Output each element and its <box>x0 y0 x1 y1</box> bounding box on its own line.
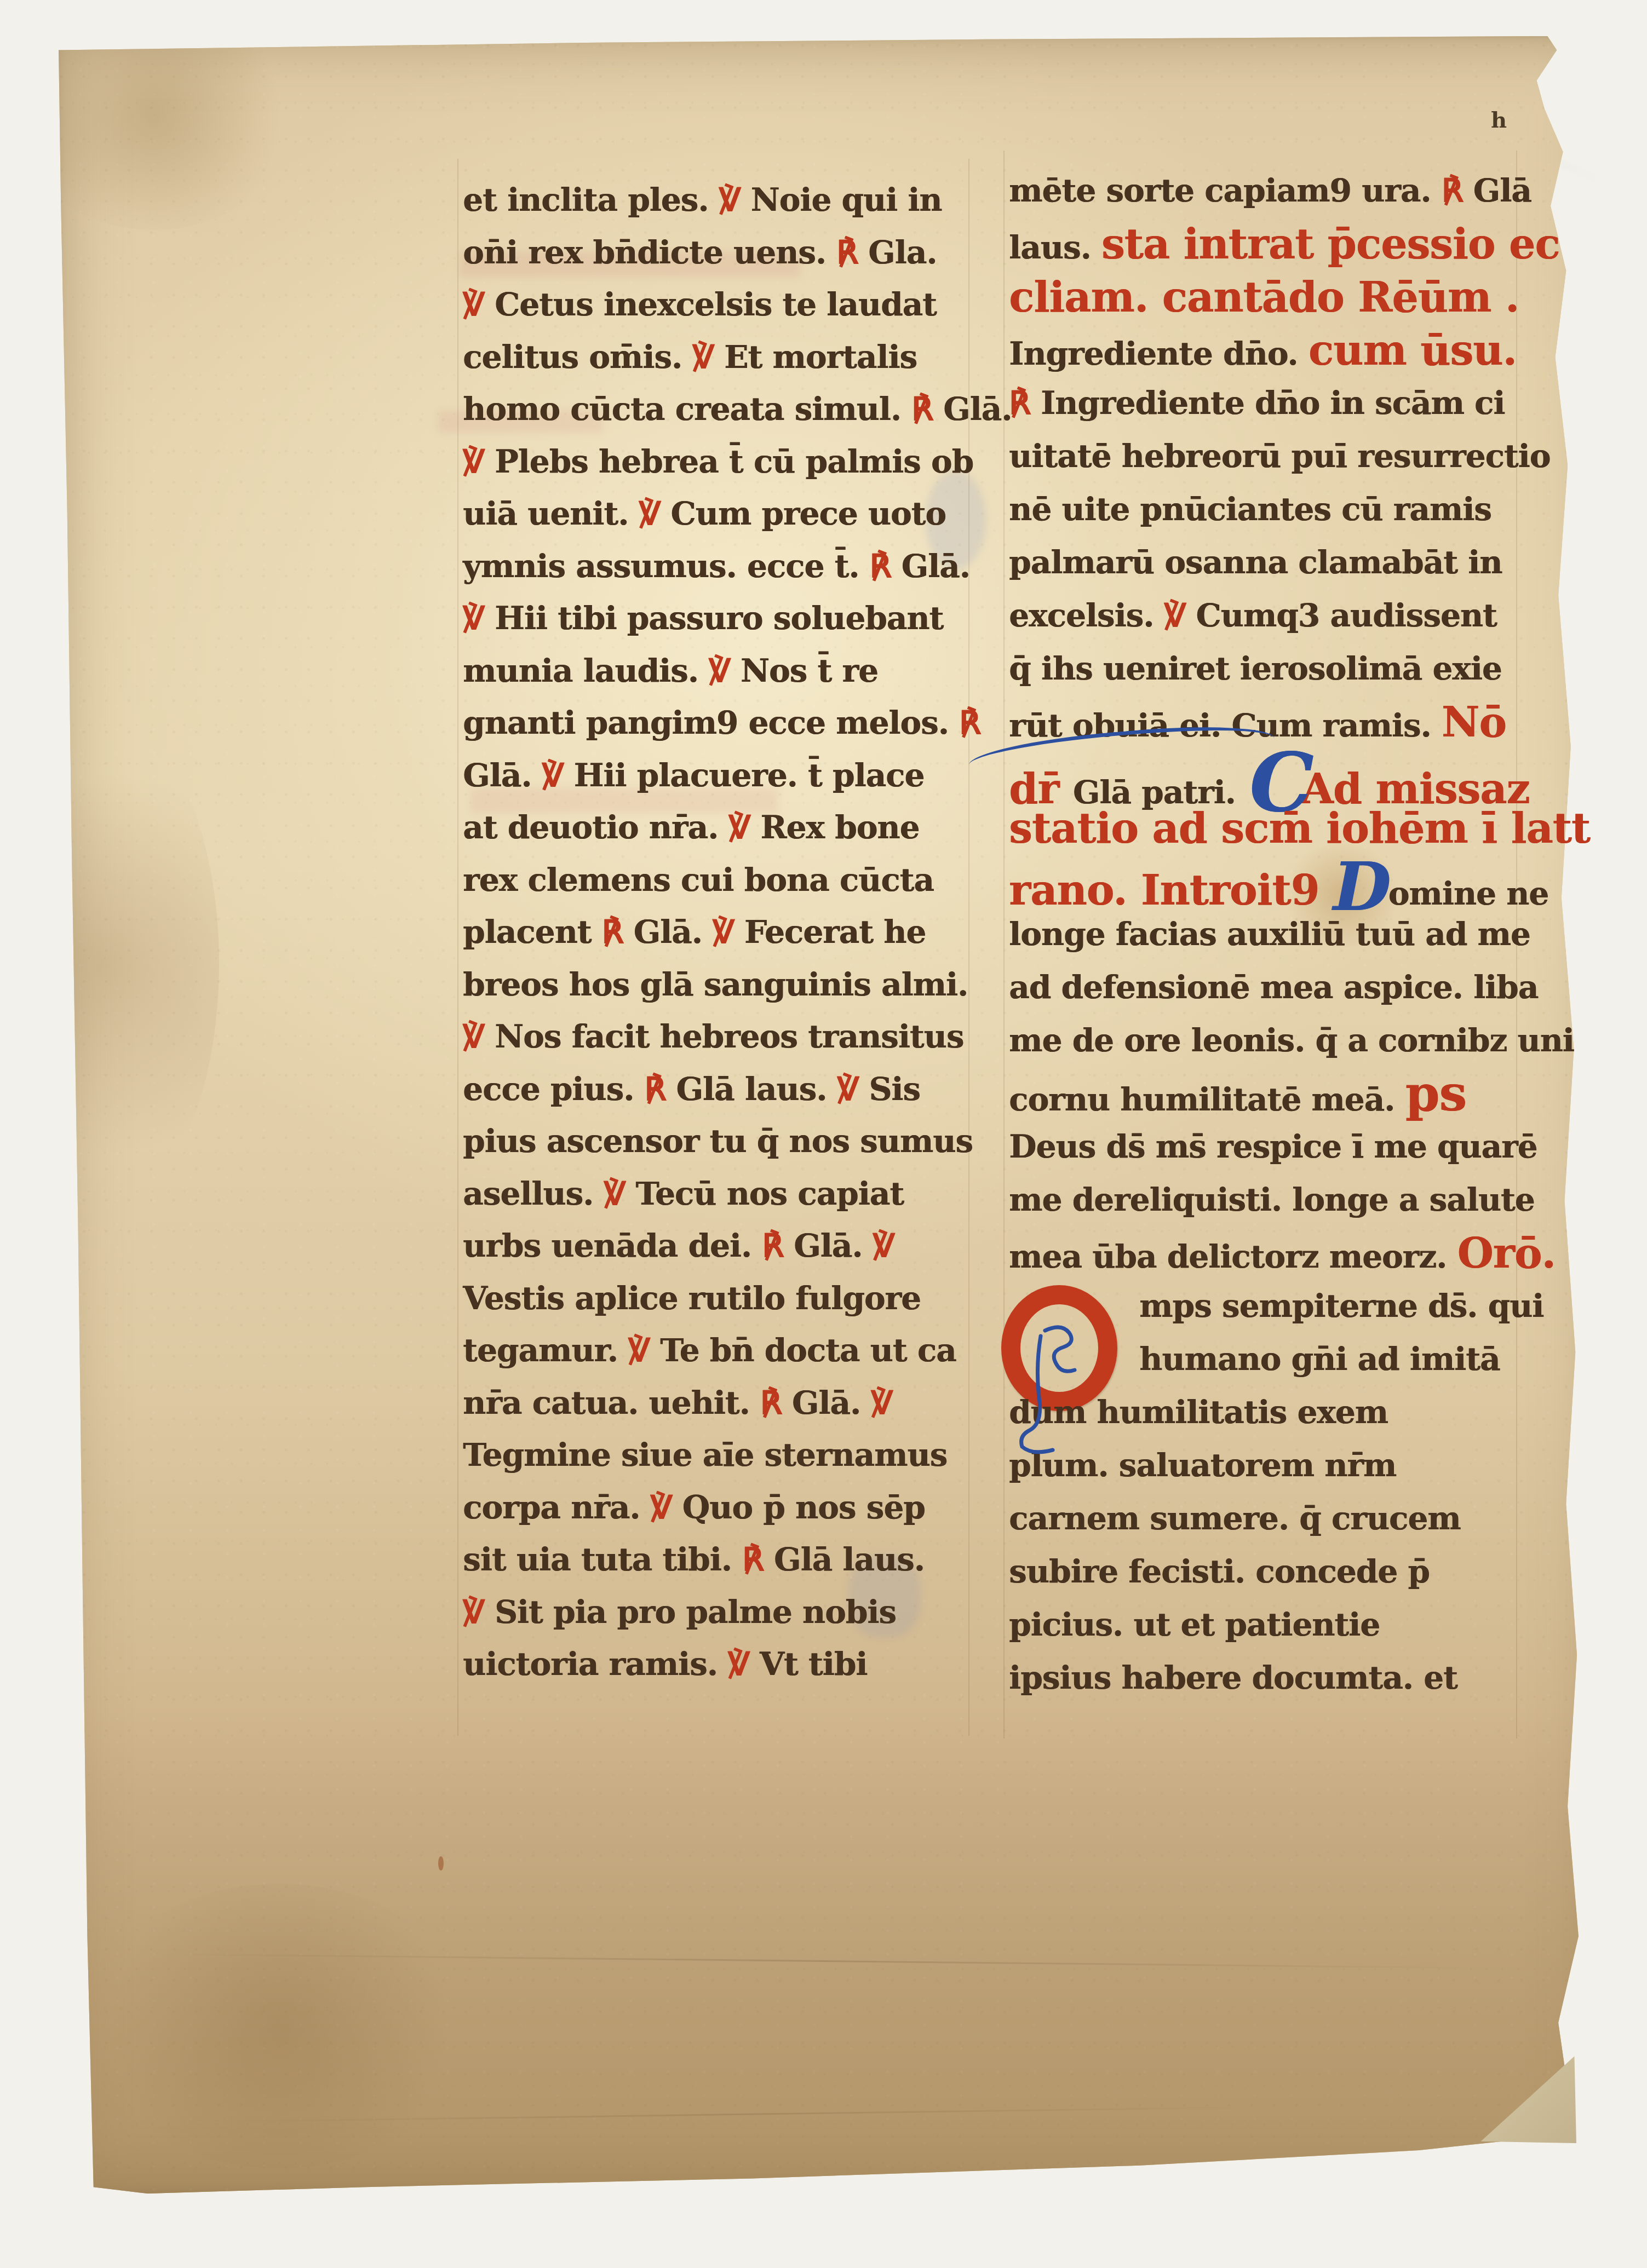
body-text: nē uite pnūciantes cū ramis <box>1009 491 1491 528</box>
body-text: laus. <box>1009 229 1101 266</box>
text-line: q̄ ihs ueniret ierosolimā exie <box>1009 642 1521 695</box>
text-line: cliam. cantādo Rēūm . <box>1009 270 1521 324</box>
body-text: Ingrediente dn̄o. <box>1009 335 1309 372</box>
text-line: on̄i rex bn̄dicte uens. ℟ Gla. <box>463 227 967 279</box>
rubric-text: Orō. <box>1457 1229 1555 1277</box>
stain-bottom-left <box>88 1884 471 2168</box>
body-text: tegamur. <box>463 1332 628 1369</box>
text-line: Deus ds̄ ms̄ respice ī me quarē <box>1009 1120 1521 1173</box>
text-line: at deuotio nr̄a. ℣ Rex bone <box>463 802 967 854</box>
text-line: munia laudis. ℣ Nos t̄ re <box>463 645 967 698</box>
ruling-line <box>1003 151 1005 1739</box>
body-text: me de ore leonis. q̄ a cornibz uni <box>1009 1022 1574 1059</box>
body-text: Tegmine siue aīe sternamus <box>463 1436 947 1473</box>
body-text: placent <box>463 913 602 951</box>
body-text: Nos t̄ re <box>741 652 878 689</box>
rubric-text: ℣ <box>463 443 495 480</box>
body-text: q̄ ihs ueniret ierosolimā exie <box>1009 650 1502 687</box>
rubric-text: ℣ <box>871 1384 892 1421</box>
rubric-text: ℣ <box>873 1227 894 1264</box>
text-line: ad defensionē mea aspice. liba <box>1009 961 1521 1014</box>
body-text: Ingrediente dn̄o in scām ci <box>1041 384 1505 422</box>
body-text: Te bn̄ docta ut ca <box>660 1332 956 1369</box>
body-text: omine ne <box>1388 875 1548 912</box>
rubric-text: ℟ <box>760 1384 792 1421</box>
text-line: nr̄a catua. uehit. ℟ Glā. ℣ <box>463 1377 967 1430</box>
crease-line <box>219 2106 1260 2123</box>
rubric-text: ℟ <box>870 548 902 585</box>
text-line: uiā uenit. ℣ Cum prece uoto <box>463 488 967 540</box>
rubric-text: ℟ <box>836 234 868 271</box>
text-line: longe facias auxiliū tuū ad me <box>1009 908 1521 961</box>
body-text: Deus ds̄ ms̄ respice ī me quarē <box>1009 1128 1537 1165</box>
body-text: picius. ut et patientie <box>1009 1606 1380 1643</box>
rubric-text: ℣ <box>728 809 760 846</box>
rubric-text: sta intrat p̄cessio ec <box>1101 220 1560 268</box>
rubric-text: ℣ <box>628 1332 660 1369</box>
rubric-text: ℣ <box>728 1645 760 1683</box>
text-line: me dereliquisti. longe a salute <box>1009 1173 1521 1227</box>
text-line: ℣ Sit pia pro palme nobis <box>463 1586 967 1639</box>
text-line: celitus om̄is. ℣ Et mortalis <box>463 331 967 384</box>
body-text: Glā laus. <box>676 1070 837 1108</box>
body-text: Et mortalis <box>724 338 917 376</box>
text-line: picius. ut et patientie <box>1009 1598 1521 1651</box>
body-text: at deuotio nr̄a. <box>463 809 728 846</box>
rubric-text: ℣ <box>719 181 751 218</box>
body-text: ad defensionē mea aspice. liba <box>1009 969 1538 1006</box>
rubric-text: rano. Introit9 <box>1009 866 1333 914</box>
body-text: Glā <box>1473 172 1531 209</box>
rubric-text: ℣ <box>542 757 574 794</box>
body-text: Cumq3 audissent <box>1196 597 1496 634</box>
rubric-text: ℟ <box>602 913 634 951</box>
text-line: ℣ Hii tibi passuro soluebant <box>463 592 967 645</box>
text-line: ℟ Ingrediente dn̄o in scām ci <box>1009 377 1521 430</box>
body-text: mēte sorte capiam9 ura. <box>1009 172 1442 209</box>
body-text: Hii tibi passuro soluebant <box>495 600 943 637</box>
rubric-text: ℣ <box>1164 597 1196 634</box>
text-line: ℣ Nos facit hebreos transitus <box>463 1011 967 1063</box>
text-line: ipsius habere documta. et <box>1009 1651 1521 1705</box>
text-line: subire fecisti. concede p̄ <box>1009 1545 1521 1598</box>
body-text: Vestis aplice rutilo fulgore <box>463 1280 921 1317</box>
text-line: breos hos glā sanguinis almi. <box>463 959 967 1011</box>
text-line: Vestis aplice rutilo fulgore <box>463 1273 967 1325</box>
body-text: Sit pia pro palme nobis <box>495 1593 896 1631</box>
text-line: pius ascensor tu q̄ nos sumus <box>463 1115 967 1168</box>
text-line: urbs uenāda dei. ℟ Glā. ℣ <box>463 1220 967 1273</box>
crease-line <box>137 1953 1506 1969</box>
rubric-text: ℟ <box>1442 172 1473 209</box>
right-text-column: mēte sorte capiam9 ura. ℟ Glālaus. sta i… <box>1009 164 1521 1705</box>
body-text: longe facias auxiliū tuū ad me <box>1009 916 1530 953</box>
text-line: palmarū osanna clamabāt in <box>1009 536 1521 589</box>
text-line: humano gn̄i ad imitā <box>1009 1333 1521 1386</box>
body-text: Glā. <box>792 1384 871 1421</box>
scanned-page: { "document": { "kind": "medieval manusc… <box>0 0 1647 2268</box>
body-text: Glā. <box>794 1227 873 1264</box>
stain-top-left <box>11 0 296 230</box>
rubric-text: ℣ <box>463 1593 495 1631</box>
text-line: statio ad scm̄ iohēm ī latt <box>1009 802 1521 855</box>
body-text: Sis <box>869 1070 920 1108</box>
body-text: Glā. <box>901 548 969 585</box>
body-text: Plebs hebrea t̄ cū palmis ob <box>495 443 973 480</box>
body-text: Cetus inexcelsis te laudat <box>495 286 937 323</box>
body-text: Vt tibi <box>760 1645 867 1683</box>
text-line: ℣ Plebs hebrea t̄ cū palmis ob <box>463 436 967 488</box>
body-text: Glā. <box>633 913 713 951</box>
rubric-text: ℣ <box>604 1175 635 1212</box>
body-text: subire fecisti. concede p̄ <box>1009 1553 1430 1590</box>
rubric-text: ℣ <box>463 286 495 323</box>
text-line: ℣ Cetus inexcelsis te laudat <box>463 279 967 331</box>
text-line: rex clemens cui bona cūcta <box>463 854 967 907</box>
body-text: Hii placuere. t̄ place <box>573 757 924 794</box>
body-text: celitus om̄is. <box>463 338 692 376</box>
text-line: mēte sorte capiam9 ura. ℟ Glā <box>1009 164 1521 217</box>
body-text: uitatē hebreorū puī resurrectio <box>1009 438 1550 475</box>
body-text: nr̄a catua. uehit. <box>463 1384 760 1421</box>
body-text: mea ūba delictorz meorz. <box>1009 1238 1457 1275</box>
marginal-note: h <box>1491 107 1507 133</box>
text-line: sit uia tuta tibi. ℟ Glā laus. <box>463 1534 967 1586</box>
rubric-text: Nō <box>1442 698 1506 746</box>
rubric-text: ℣ <box>651 1489 682 1526</box>
text-line: tegamur. ℣ Te bn̄ docta ut ca <box>463 1325 967 1377</box>
text-line: gnanti pangim9 ecce melos. ℟ <box>463 697 967 750</box>
text-line: carnem sumere. q̄ crucem <box>1009 1492 1521 1545</box>
body-text: Glā laus. <box>774 1541 925 1578</box>
text-line: ymnis assumus. ecce t̄. ℟ Glā. <box>463 540 967 593</box>
rubric-text: ℣ <box>463 600 495 637</box>
text-line: homo cūcta creata simul. ℟ Glā. <box>463 383 967 436</box>
rubric-text: ℟ <box>762 1227 794 1264</box>
rubric-text: ℟ <box>644 1070 676 1108</box>
body-text: Rex bone <box>760 809 919 846</box>
text-line: me de ore leonis. q̄ a cornibz uni <box>1009 1014 1521 1067</box>
stain-bottom-band <box>55 1703 1605 2196</box>
body-text: gnanti pangim9 ecce melos. <box>463 704 959 741</box>
text-line: uictoria ramis. ℣ Vt tibi <box>463 1638 967 1691</box>
body-text: sit uia tuta tibi. <box>463 1541 742 1578</box>
body-text: me dereliquisti. longe a salute <box>1009 1181 1535 1218</box>
text-line: excelsis. ℣ Cumq3 audissent <box>1009 589 1521 642</box>
text-line: uitatē hebreorū puī resurrectio <box>1009 430 1521 483</box>
rubric-text: ℟ <box>959 704 980 741</box>
text-line: Ingrediente dn̄o. cum ūsu. <box>1009 324 1521 377</box>
rubric-text: ℣ <box>709 652 741 689</box>
text-line: dum humilitatis exem <box>1009 1386 1521 1439</box>
ruling-line <box>457 159 458 1736</box>
body-text: mps sempiterne ds̄. qui <box>1139 1287 1543 1325</box>
body-text: dum humilitatis exem <box>1009 1394 1388 1431</box>
rubric-text: ℣ <box>692 338 724 376</box>
text-line: et inclita ples. ℣ Noie qui in <box>463 174 967 227</box>
body-text: munia laudis. <box>463 652 709 689</box>
text-line: plum. saluatorem nr̄m <box>1009 1439 1521 1492</box>
rubric-text: ℟ <box>911 390 943 428</box>
body-text: uictoria ramis. <box>463 1645 728 1683</box>
text-line: cornu humilitatē meā. ps <box>1009 1067 1521 1120</box>
text-line: placent ℟ Glā. ℣ Fecerat he <box>463 906 967 959</box>
body-text: Gla. <box>868 234 937 271</box>
body-text: asellus. <box>463 1175 604 1212</box>
rubric-text: statio ad scm̄ iohēm ī latt <box>1009 804 1590 853</box>
body-text: homo cūcta creata simul. <box>463 390 911 428</box>
rubric-text: ℟ <box>742 1541 774 1578</box>
body-text: Fecerat he <box>744 913 926 951</box>
rubric-text: cum ūsu. <box>1309 326 1517 375</box>
body-text: ecce pius. <box>463 1070 644 1108</box>
body-text: Tecū nos capiat <box>635 1175 904 1212</box>
body-text: carnem sumere. q̄ crucem <box>1009 1500 1460 1537</box>
body-text: ipsius habere documta. et <box>1009 1659 1457 1696</box>
rubric-text: ℣ <box>463 1018 495 1055</box>
body-text: uiā uenit. <box>463 495 639 532</box>
body-text: excelsis. <box>1009 597 1164 634</box>
body-text: Glā. <box>463 757 542 794</box>
body-text: breos hos glā sanguinis almi. <box>463 966 968 1003</box>
left-text-column: et inclita ples. ℣ Noie qui inon̄i rex b… <box>463 174 967 1691</box>
text-line: Tegmine siue aīe sternamus <box>463 1429 967 1482</box>
body-text: Cum prece uoto <box>670 495 946 532</box>
text-line: Omps sempiterne ds̄. qui <box>1009 1280 1521 1333</box>
text-line: dr̄ Glā patri. CAd missaz <box>1009 749 1521 802</box>
text-line: corpa nr̄a. ℣ Quo p̄ nos sēp <box>463 1482 967 1534</box>
body-text: urbs uenāda dei. <box>463 1227 762 1264</box>
rubric-text: cliam. cantādo Rēūm . <box>1009 273 1519 321</box>
body-text: humano gn̄i ad imitā <box>1139 1340 1500 1378</box>
body-text: Nos facit hebreos transitus <box>495 1018 963 1055</box>
body-text: et inclita ples. <box>463 181 719 218</box>
text-line: laus. sta intrat p̄cessio ec <box>1009 217 1521 270</box>
ink-spot <box>655 2223 669 2234</box>
text-line: nē uite pnūciantes cū ramis <box>1009 483 1521 536</box>
rubric-text: ℣ <box>837 1070 869 1108</box>
body-text: corpa nr̄a. <box>463 1489 651 1526</box>
rubric-text: ps <box>1405 1064 1466 1123</box>
text-line: asellus. ℣ Tecū nos capiat <box>463 1168 967 1221</box>
body-text: pius ascensor tu q̄ nos sumus <box>463 1123 973 1160</box>
body-text: cornu humilitatē meā. <box>1009 1081 1405 1118</box>
rubric-text: ℣ <box>639 495 670 532</box>
rubric-text: ℣ <box>713 913 744 951</box>
rust-dot <box>438 1856 444 1870</box>
rubric-text: ℟ <box>1009 384 1041 422</box>
body-text: Noie qui in <box>750 181 942 218</box>
stain-left-edge <box>0 717 219 1210</box>
body-text: ymnis assumus. ecce t̄. <box>463 548 870 585</box>
body-text: Glā. <box>943 390 1012 428</box>
text-line: rano. Introit9 Domine ne <box>1009 855 1521 908</box>
body-text: plum. saluatorem nr̄m <box>1009 1447 1396 1484</box>
body-text: on̄i rex bn̄dicte uens. <box>463 234 836 271</box>
text-line: Glā. ℣ Hii placuere. t̄ place <box>463 750 967 802</box>
body-text: palmarū osanna clamabāt in <box>1009 544 1502 581</box>
text-line: mea ūba delictorz meorz. Orō. <box>1009 1227 1521 1280</box>
body-text: Quo p̄ nos sēp <box>682 1489 925 1526</box>
text-line: ecce pius. ℟ Glā laus. ℣ Sis <box>463 1063 967 1116</box>
body-text: rex clemens cui bona cūcta <box>463 861 934 899</box>
